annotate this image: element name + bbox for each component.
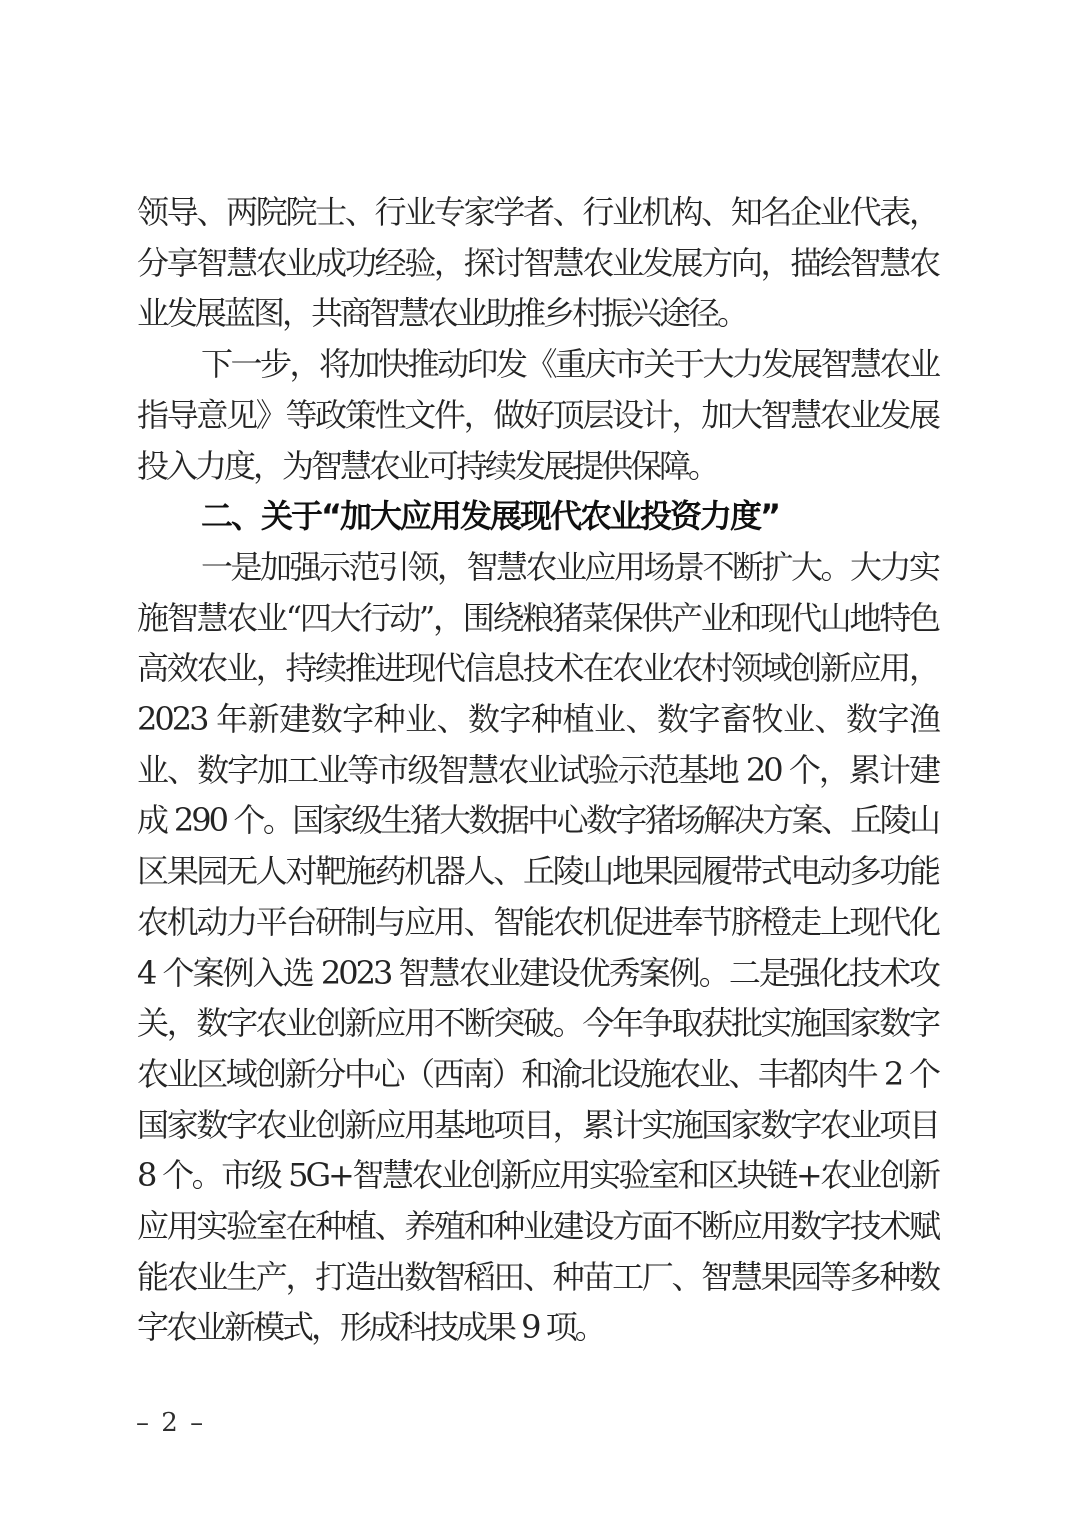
page-number: – 2 – [136,1408,205,1438]
document-page: 领导、两院院士、行业专家学者、行业机构、知名企业代表，分享智慧农业成功经验，探讨… [0,0,1074,1520]
paragraph-next-steps: 下一步，将加快推动印发《重庆市关于大力发展智慧农业指导意见》等政策性文件，做好顶… [137,339,938,491]
paragraph-continuation: 领导、两院院士、行业专家学者、行业机构、知名企业代表，分享智慧农业成功经验，探讨… [137,187,938,339]
paragraph-section-two-body: 一是加强示范引领，智慧农业应用场景不断扩大。大力实施智慧农业“四大行动”，围绕粮… [137,542,938,1353]
document-body: 领导、两院院士、行业专家学者、行业机构、知名企业代表，分享智慧农业成功经验，探讨… [137,187,938,1353]
section-heading: 二、关于“加大应用发展现代农业投资力度” [137,491,938,542]
